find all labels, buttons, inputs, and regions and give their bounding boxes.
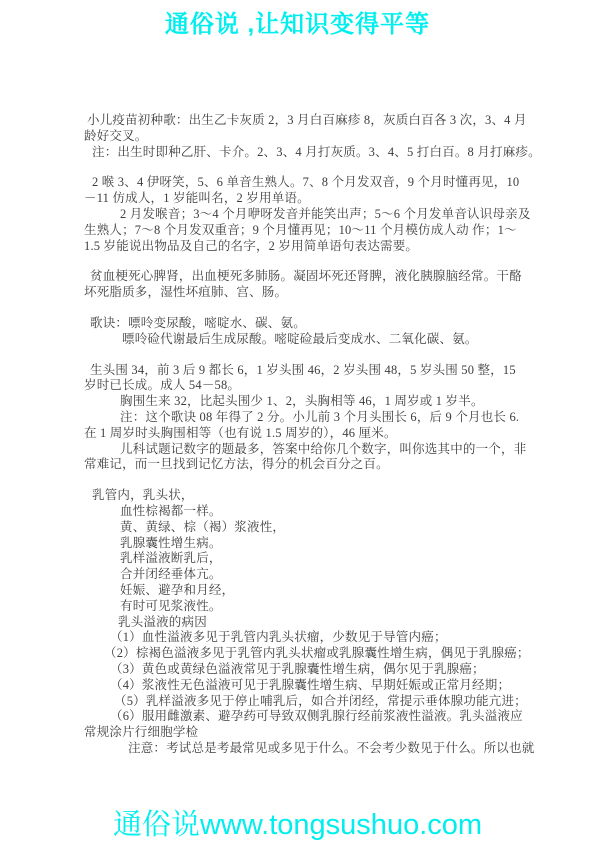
text-line: 生熟人；7～8 个月发双重音；9 个月懂再见；10～11 个月模仿成人动 作；1… bbox=[84, 223, 520, 239]
text-line: 妊娠、避孕和月经， bbox=[84, 583, 520, 599]
text-line: 注意：考试总是考最常见或多见于什么。不会考少数见于什么。所以也就 bbox=[84, 741, 520, 757]
text-line: 贫血梗死心脾肾，出血梗死多肺肠。凝固坏死还肾脾，液化胰腺脑经常。干酪 bbox=[84, 269, 520, 285]
text-line: 小儿疫苗初种歌：出生乙卡灰质 2，3 月白百麻疹 8，灰质白百各 3 次，3、4… bbox=[84, 113, 520, 129]
text-line: 在 1 周岁时头胸围相等（也有说 1.5 周岁的），46 厘米。 bbox=[84, 426, 520, 442]
text-line: 坏死脂质多，湿性坏疽肺、宫、肠。 bbox=[84, 285, 520, 301]
page-header-title: 通俗说 ,让知识变得平等 bbox=[0, 4, 595, 39]
text-line: （6）服用雌激素、避孕药可导致双侧乳腺行经前浆液性溢液。乳头溢液应 bbox=[84, 709, 520, 725]
text-line: 龄好交叉。 bbox=[84, 129, 520, 145]
text-line: （3）黄色或黄绿色溢液常见于乳腺囊性增生病，偶尔见于乳腺癌； bbox=[84, 662, 520, 678]
document-body: 小儿疫苗初种歌：出生乙卡灰质 2，3 月白百麻疹 8，灰质白百各 3 次，3、4… bbox=[84, 113, 520, 757]
text-line: （2）棕褐色溢液多见于乳管内乳头状瘤或乳腺囊性增生病，偶见于乳腺癌； bbox=[84, 646, 520, 662]
text-line: 血性棕褐都一样。 bbox=[84, 504, 520, 520]
text-line: （4）浆液性无色溢液可见于乳腺囊性增生病、早期妊娠或正常月经期； bbox=[84, 678, 520, 694]
page-footer-site-url: 通俗说www.tongsushuo.com bbox=[0, 802, 595, 842]
text-line: 注：出生时即种乙肝、卡介。2、3、4 月打灰质。3、4、5 打白百。8 月打麻疹… bbox=[84, 145, 520, 161]
text-line: 岁时已长成。成人 54－58。 bbox=[84, 378, 520, 394]
text-line: 1.5 岁能说出物品及自己的名字，2 岁用简单语句表达需要。 bbox=[84, 239, 520, 255]
text-line: 歌诀：嘌呤变尿酸，嘧啶水、碳、氨。 bbox=[84, 316, 520, 332]
text-line: 乳样溢液断乳后， bbox=[84, 551, 520, 567]
text-line: 乳腺囊性增生病。 bbox=[84, 536, 520, 552]
text-line: 2 喉 3、4 伊呀笑，5、6 单音生熟人。7、8 个月发双音，9 个月时懂再见… bbox=[84, 175, 520, 191]
text-line: －11 仿成人，1 岁能叫名，2 岁用单语。 bbox=[84, 191, 520, 207]
text-line: 乳管内，乳头状， bbox=[84, 488, 520, 504]
text-line: 胸围生来 32，比起头围少 1、2，头胸相等 46，1 周岁或 1 岁半。 bbox=[84, 394, 520, 410]
text-line: 2 月发喉音；3～4 个月咿呀发音并能笑出声；5～6 个月发单音认识母亲及 bbox=[84, 207, 520, 223]
text-line: 有时可见浆液性。 bbox=[84, 599, 520, 615]
text-line: 常规涂片行细胞学检 bbox=[84, 725, 520, 741]
text-line: （5）乳样溢液多见于停止哺乳后，如合并闭经，常提示垂体腺功能亢进； bbox=[84, 694, 520, 710]
text-line: 合并闭经垂体亢。 bbox=[84, 567, 520, 583]
text-line: 生头围 34，前 3 后 9 都长 6，1 岁头围 46，2 岁头围 48，5 … bbox=[84, 363, 520, 379]
text-line: 常难记，而一旦找到记忆方法，得分的机会百分之百。 bbox=[84, 457, 520, 473]
text-line: 注：这个歌诀 08 年得了 2 分。小儿前 3 个月头围长 6，后 9 个月也长… bbox=[84, 410, 520, 426]
text-line: 黄、黄绿、棕（褐）浆液性， bbox=[84, 520, 520, 536]
text-line: （1）血性溢液多见于乳管内乳头状瘤，少数见于导管内癌； bbox=[84, 630, 520, 646]
text-line: 儿科试题记数字的题最多，答案中给你几个数字，叫你选其中的一个，非 bbox=[84, 442, 520, 458]
text-line: 乳头溢液的病因 bbox=[84, 615, 520, 631]
document-page: 通俗说 ,让知识变得平等 小儿疫苗初种歌：出生乙卡灰质 2，3 月白百麻疹 8，… bbox=[0, 0, 595, 842]
text-line: 嘌呤硷代谢最后生成尿酸。嘧啶硷最后变成水、二氧化碳、氨。 bbox=[84, 332, 520, 348]
